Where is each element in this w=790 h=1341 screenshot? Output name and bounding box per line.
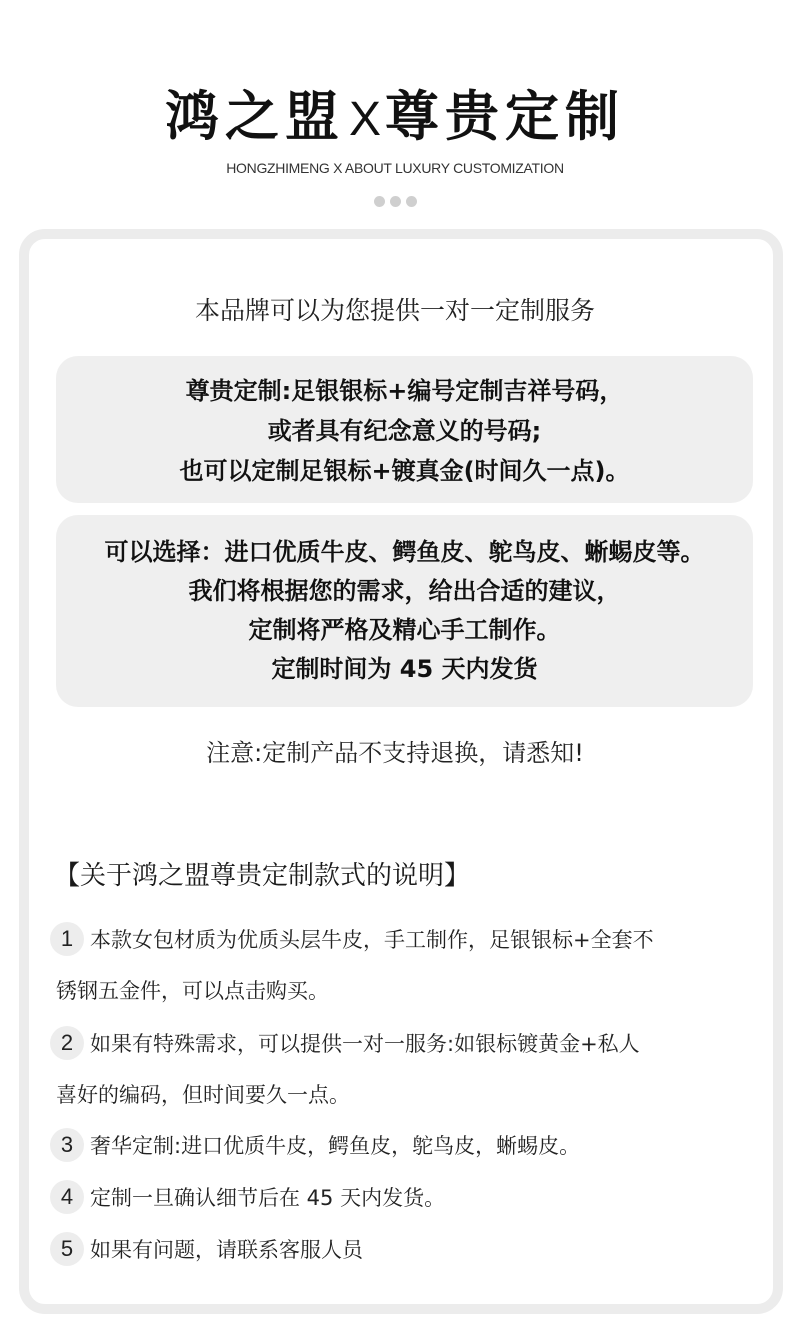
intro-text: 本品牌可以为您提供一对一定制服务	[0, 296, 790, 326]
number-badge: 5	[50, 1232, 84, 1266]
box-line: 尊贵定制:足银银标+编号定制吉祥号码，	[56, 371, 753, 411]
item-text-continued: 锈钢五金件，可以点击购买。	[56, 973, 750, 1009]
list-item: 1 本款女包材质为优质头层牛皮，手工制作，足银银标+全套不 锈钢五金件，可以点击…	[50, 921, 750, 1025]
number-badge: 3	[50, 1128, 84, 1162]
list-item: 3 奢华定制:进口优质牛皮，鳄鱼皮，鸵鸟皮，蜥蜴皮。	[50, 1127, 750, 1179]
title-tagline: 尊贵定制	[385, 85, 625, 148]
page-title: 鸿之盟X尊贵定制	[0, 82, 790, 155]
dot-icon	[374, 196, 385, 207]
explanation-list: 1 本款女包材质为优质头层牛皮，手工制作，足银银标+全套不 锈钢五金件，可以点击…	[50, 921, 750, 1283]
list-item: 5 如果有问题，请联系客服人员	[50, 1231, 750, 1283]
decorative-dots	[0, 196, 790, 207]
brand-name: 鸿之盟	[165, 85, 345, 148]
box-line: 我们将根据您的需求，给出合适的建议，	[56, 572, 753, 611]
section-heading: 【关于鸿之盟尊贵定制款式的说明】	[54, 858, 470, 894]
item-text: 如果有特殊需求，可以提供一对一服务:如银标镀黄金+私人	[90, 1028, 640, 1058]
title-separator: X	[349, 93, 381, 146]
item-text: 定制一旦确认细节后在 45 天内发货。	[90, 1182, 445, 1212]
number-badge: 1	[50, 922, 84, 956]
item-text: 本款女包材质为优质头层牛皮，手工制作，足银银标+全套不	[90, 924, 654, 954]
item-text: 奢华定制:进口优质牛皮，鳄鱼皮，鸵鸟皮，蜥蜴皮。	[90, 1130, 580, 1160]
box-line: 也可以定制足银标+镀真金(时间久一点)。	[56, 451, 753, 491]
item-text-continued: 喜好的编码，但时间要久一点。	[56, 1077, 750, 1113]
box-line: 或者具有纪念意义的号码;	[56, 411, 753, 451]
custom-service-box: 尊贵定制:足银银标+编号定制吉祥号码， 或者具有纪念意义的号码; 也可以定制足银…	[56, 356, 753, 503]
box-line: 定制将严格及精心手工制作。	[56, 611, 753, 650]
list-item: 4 定制一旦确认细节后在 45 天内发货。	[50, 1179, 750, 1231]
dot-icon	[390, 196, 401, 207]
item-text: 如果有问题，请联系客服人员	[90, 1234, 363, 1264]
number-badge: 4	[50, 1180, 84, 1214]
number-badge: 2	[50, 1026, 84, 1060]
page-subtitle: HONGZHIMENG X ABOUT LUXURY CUSTOMIZATION	[0, 160, 790, 176]
box-line: 定制时间为 45 天内发货	[56, 650, 753, 689]
box-line: 可以选择：进口优质牛皮、鳄鱼皮、鸵鸟皮、蜥蜴皮等。	[56, 533, 753, 572]
material-options-box: 可以选择：进口优质牛皮、鳄鱼皮、鸵鸟皮、蜥蜴皮等。 我们将根据您的需求，给出合适…	[56, 515, 753, 707]
list-item: 2 如果有特殊需求，可以提供一对一服务:如银标镀黄金+私人 喜好的编码，但时间要…	[50, 1025, 750, 1127]
header: 鸿之盟X尊贵定制 HONGZHIMENG X ABOUT LUXURY CUST…	[0, 0, 790, 220]
dot-icon	[406, 196, 417, 207]
return-policy-notice: 注意:定制产品不支持退换，请悉知!	[0, 737, 790, 769]
